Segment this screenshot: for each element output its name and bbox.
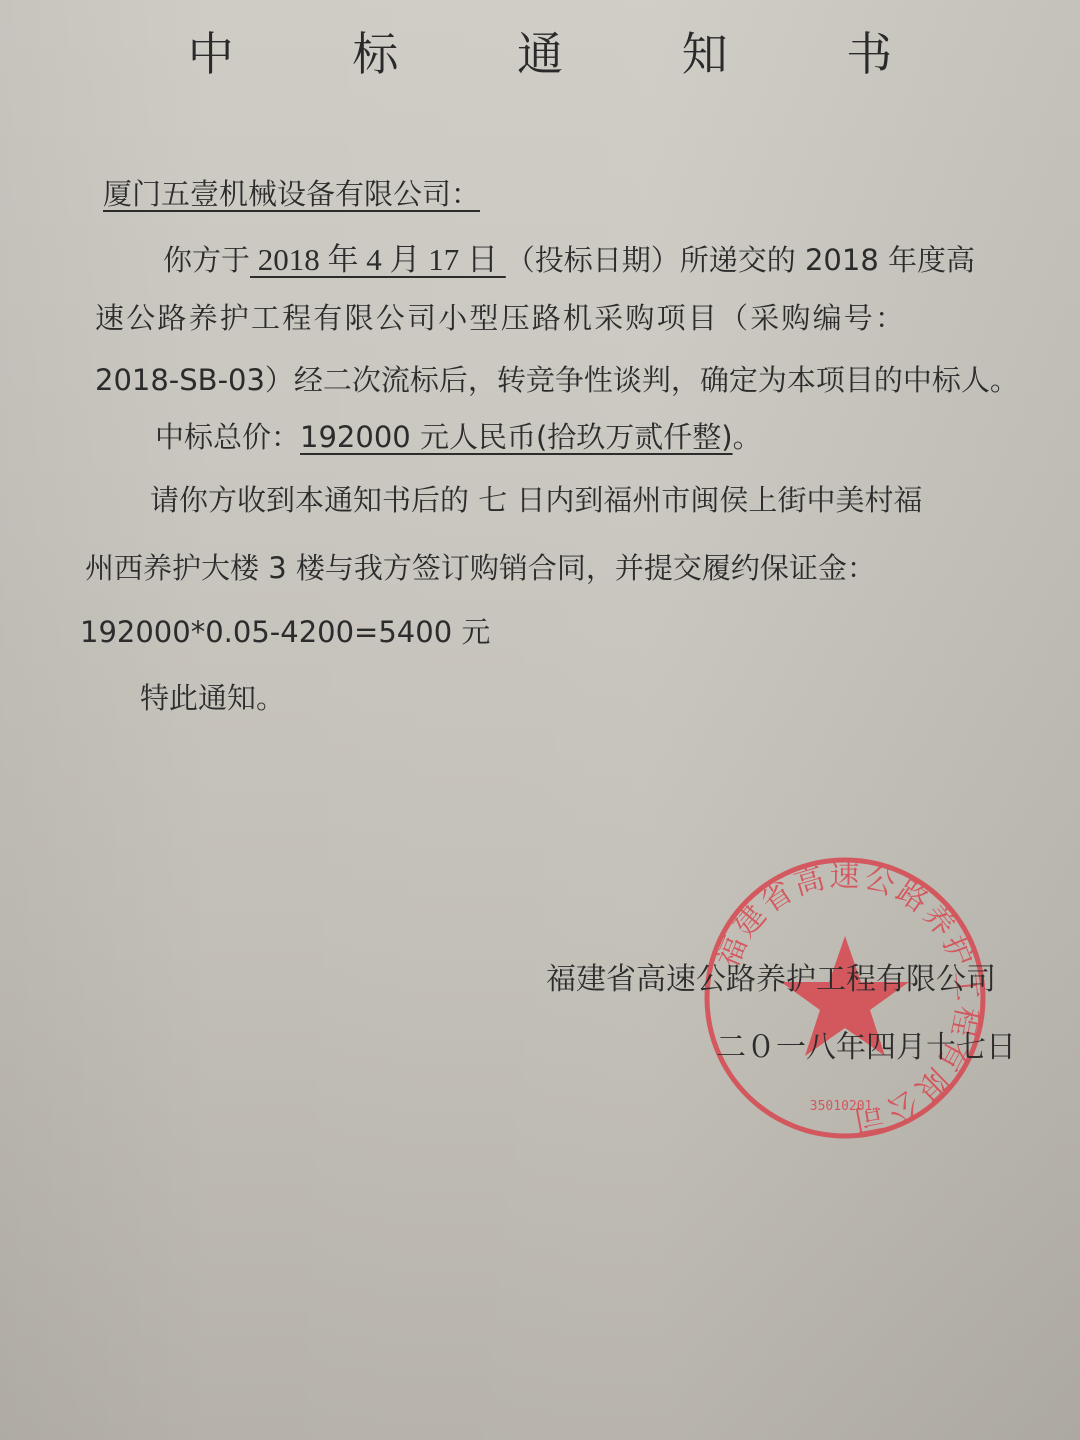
signing-date: 二０一八年四月十七日 xyxy=(716,1022,1016,1066)
closing-text: 特此通知。 xyxy=(140,676,285,717)
paragraph2-line2: 州西养护大楼 3 楼与我方签订购销合同，并提交履约保证金： xyxy=(85,546,876,587)
paragraph1-line2: 速公路养护工程有限公司小型压路机采购项目（采购编号： xyxy=(95,296,906,337)
svg-text:福建省高速公路养护工程有限公司: 福建省高速公路养护工程有限公司 xyxy=(710,859,984,1138)
winning-price-label: 中标总价： xyxy=(155,420,300,454)
winning-price-suffix: 。 xyxy=(733,420,762,454)
winning-price-line: 中标总价：192000 元人民币(拾玖万贰仟整)。 xyxy=(155,415,762,456)
company-seal-icon: 福建省高速公路养护工程有限公司 35010201… xyxy=(695,848,995,1148)
addressee: 厦门五壹机械设备有限公司： xyxy=(103,172,480,213)
bond-formula: 192000*0.05-4200=5400 元 xyxy=(80,610,490,651)
paragraph1-line1-rest: （投标日期）所递交的 2018 年度高 xyxy=(506,243,975,277)
paragraph1-line3: 2018-SB-03）经二次流标后，转竞争性谈判，确定为本项目的中标人。 xyxy=(95,358,1019,399)
paragraph2-line1: 请你方收到本通知书后的 七 日内到福州市闽侯上街中美村福 xyxy=(150,478,922,519)
paragraph1-line1: 你方于 2018 年 4 月 17 日 （投标日期）所递交的 2018 年度高 xyxy=(163,234,975,279)
paragraph1-prefix: 你方于 xyxy=(163,243,250,277)
paper-background xyxy=(0,0,1080,1440)
bid-date: 2018 年 4 月 17 日 xyxy=(250,242,506,277)
seal-number: 35010201… xyxy=(810,1099,881,1114)
document-title: 中 标 通 知 书 xyxy=(0,18,1080,84)
signing-company: 福建省高速公路养护工程有限公司 xyxy=(546,954,996,998)
winning-price-value: 192000 元人民币(拾玖万贰仟整) xyxy=(300,420,733,454)
